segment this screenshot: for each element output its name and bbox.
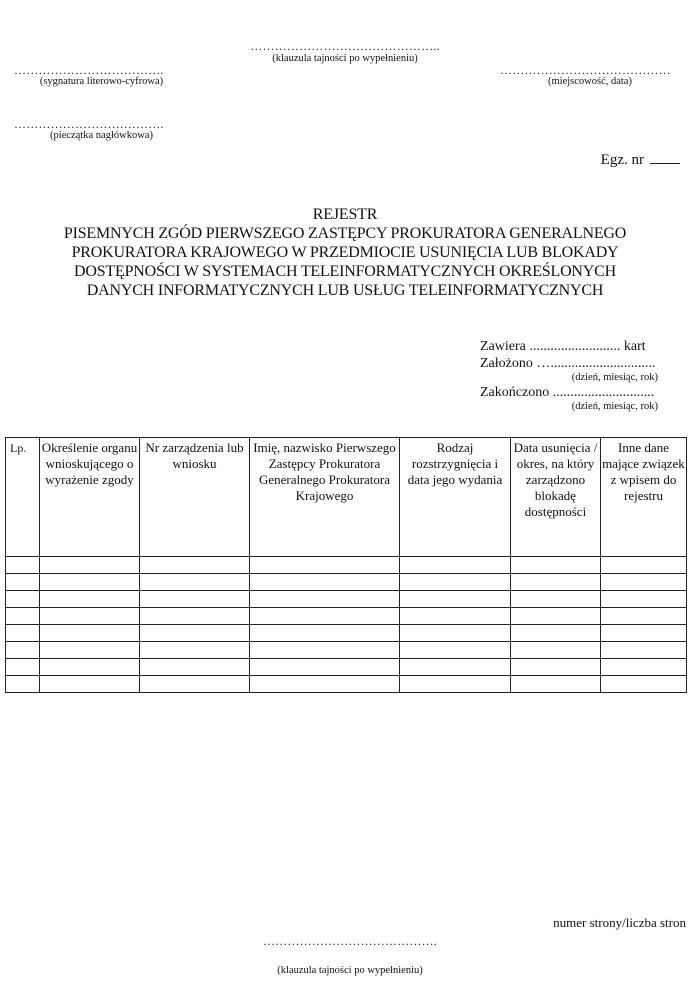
signature-field[interactable]: ………………………………. bbox=[14, 64, 189, 76]
classification-bottom-field[interactable]: ……………………………………. bbox=[235, 935, 465, 947]
register-table: Lp. Określenie organu wnioskującego o wy… bbox=[5, 437, 687, 693]
created-hint: (dzień, miesiąc, rok) bbox=[480, 372, 680, 384]
table-cell[interactable] bbox=[6, 642, 40, 659]
stamp-caption: (pieczątka nagłówkowa) bbox=[14, 130, 189, 142]
table-cell[interactable] bbox=[601, 642, 687, 659]
table-cell[interactable] bbox=[601, 557, 687, 574]
table-cell[interactable] bbox=[511, 642, 601, 659]
table-cell[interactable] bbox=[40, 676, 140, 693]
table-body bbox=[6, 557, 687, 693]
table-cell[interactable] bbox=[601, 608, 687, 625]
signature-caption: (sygnatura literowo-cyfrowa) bbox=[14, 76, 189, 88]
classification-top-field[interactable]: ……………………………………….. bbox=[240, 40, 450, 52]
created-field[interactable]: Założono ….............................. bbox=[480, 355, 680, 372]
table-cell[interactable] bbox=[140, 574, 250, 591]
table-cell[interactable] bbox=[140, 659, 250, 676]
register-meta: Zawiera .......................... kart … bbox=[480, 338, 680, 413]
table-cell[interactable] bbox=[250, 625, 400, 642]
title-line: PROKURATORA KRAJOWEGO W PRZEDMIOCIE USUN… bbox=[0, 243, 690, 262]
table-row bbox=[6, 591, 687, 608]
table-row bbox=[6, 642, 687, 659]
column-header-other-data: Inne dane mające związek z wpisem do rej… bbox=[601, 438, 687, 557]
table-cell[interactable] bbox=[601, 591, 687, 608]
column-header-lp: Lp. bbox=[6, 438, 40, 557]
title-line: PISEMNYCH ZGÓD PIERWSZEGO ZASTĘPCY PROKU… bbox=[0, 224, 690, 243]
table-cell[interactable] bbox=[40, 659, 140, 676]
table-cell[interactable] bbox=[511, 608, 601, 625]
table-cell[interactable] bbox=[40, 608, 140, 625]
contains-field[interactable]: Zawiera .......................... kart bbox=[480, 338, 680, 355]
classification-bottom-caption: (klauzula tajności po wypełnieniu) bbox=[235, 965, 465, 977]
closed-field[interactable]: Zakończono ............................. bbox=[480, 384, 680, 401]
table-row bbox=[6, 625, 687, 642]
title-line: REJESTR bbox=[0, 205, 690, 224]
table-cell[interactable] bbox=[40, 557, 140, 574]
table-header-row: Lp. Określenie organu wnioskującego o wy… bbox=[6, 438, 687, 557]
table-cell[interactable] bbox=[250, 676, 400, 693]
title-line: DANYCH INFORMATYCZNYCH LUB USŁUG TELEINF… bbox=[0, 281, 690, 300]
column-header-removal-date: Data usunięcia / okres, na który zarządz… bbox=[511, 438, 601, 557]
table-cell[interactable] bbox=[140, 625, 250, 642]
table-cell[interactable] bbox=[6, 557, 40, 574]
table-cell[interactable] bbox=[511, 676, 601, 693]
table-cell[interactable] bbox=[6, 625, 40, 642]
column-header-deputy-name: Imię, nazwisko Pierwszego Zastępcy Proku… bbox=[250, 438, 400, 557]
table-cell[interactable] bbox=[140, 557, 250, 574]
table-cell[interactable] bbox=[400, 574, 511, 591]
closed-hint: (dzień, miesiąc, rok) bbox=[480, 401, 680, 413]
table-cell[interactable] bbox=[40, 591, 140, 608]
table-cell[interactable] bbox=[140, 676, 250, 693]
table-cell[interactable] bbox=[511, 591, 601, 608]
table-cell[interactable] bbox=[601, 574, 687, 591]
table-cell[interactable] bbox=[400, 608, 511, 625]
table-cell[interactable] bbox=[6, 574, 40, 591]
table-cell[interactable] bbox=[511, 574, 601, 591]
table-cell[interactable] bbox=[400, 591, 511, 608]
table-cell[interactable] bbox=[601, 625, 687, 642]
place-date-field[interactable]: …………………………………… bbox=[500, 64, 680, 76]
page-count: numer strony/liczba stron bbox=[553, 915, 686, 931]
table-cell[interactable] bbox=[6, 659, 40, 676]
table-cell[interactable] bbox=[250, 659, 400, 676]
table-cell[interactable] bbox=[140, 591, 250, 608]
table-cell[interactable] bbox=[250, 591, 400, 608]
table-cell[interactable] bbox=[511, 659, 601, 676]
table-row bbox=[6, 557, 687, 574]
table-cell[interactable] bbox=[511, 557, 601, 574]
table-cell[interactable] bbox=[140, 608, 250, 625]
column-header-requesting-body: Określenie organu wnioskującego o wyraże… bbox=[40, 438, 140, 557]
table-cell[interactable] bbox=[250, 557, 400, 574]
table-cell[interactable] bbox=[511, 625, 601, 642]
table-cell[interactable] bbox=[6, 608, 40, 625]
table-cell[interactable] bbox=[400, 642, 511, 659]
place-date-caption: (miejscowość, data) bbox=[500, 76, 680, 88]
table-cell[interactable] bbox=[400, 557, 511, 574]
table-row bbox=[6, 574, 687, 591]
column-header-decision-type: Rodzaj rozstrzygnięcia i data jego wydan… bbox=[400, 438, 511, 557]
classification-top-caption: (klauzula tajności po wypełnieniu) bbox=[230, 53, 460, 65]
copy-number-label: Egz. nr bbox=[601, 152, 644, 168]
table-cell[interactable] bbox=[400, 625, 511, 642]
stamp-field[interactable]: ………………………………. bbox=[14, 118, 189, 130]
table-cell[interactable] bbox=[601, 676, 687, 693]
table-cell[interactable] bbox=[140, 642, 250, 659]
table-cell[interactable] bbox=[40, 625, 140, 642]
table-row bbox=[6, 659, 687, 676]
table-cell[interactable] bbox=[6, 676, 40, 693]
document-title: REJESTR PISEMNYCH ZGÓD PIERWSZEGO ZASTĘP… bbox=[0, 205, 690, 300]
table-row bbox=[6, 676, 687, 693]
title-line: DOSTĘPNOŚCI W SYSTEMACH TELEINFORMATYCZN… bbox=[0, 262, 690, 281]
table-cell[interactable] bbox=[6, 591, 40, 608]
table-cell[interactable] bbox=[400, 676, 511, 693]
table-cell[interactable] bbox=[400, 659, 511, 676]
table-cell[interactable] bbox=[40, 642, 140, 659]
table-cell[interactable] bbox=[250, 642, 400, 659]
table-cell[interactable] bbox=[250, 574, 400, 591]
copy-number: Egz. nr bbox=[601, 151, 680, 169]
table-cell[interactable] bbox=[250, 608, 400, 625]
table-cell[interactable] bbox=[601, 659, 687, 676]
column-header-order-number: Nr zarządzenia lub wniosku bbox=[140, 438, 250, 557]
table-row bbox=[6, 608, 687, 625]
table-cell[interactable] bbox=[40, 574, 140, 591]
copy-number-field[interactable] bbox=[650, 151, 680, 164]
